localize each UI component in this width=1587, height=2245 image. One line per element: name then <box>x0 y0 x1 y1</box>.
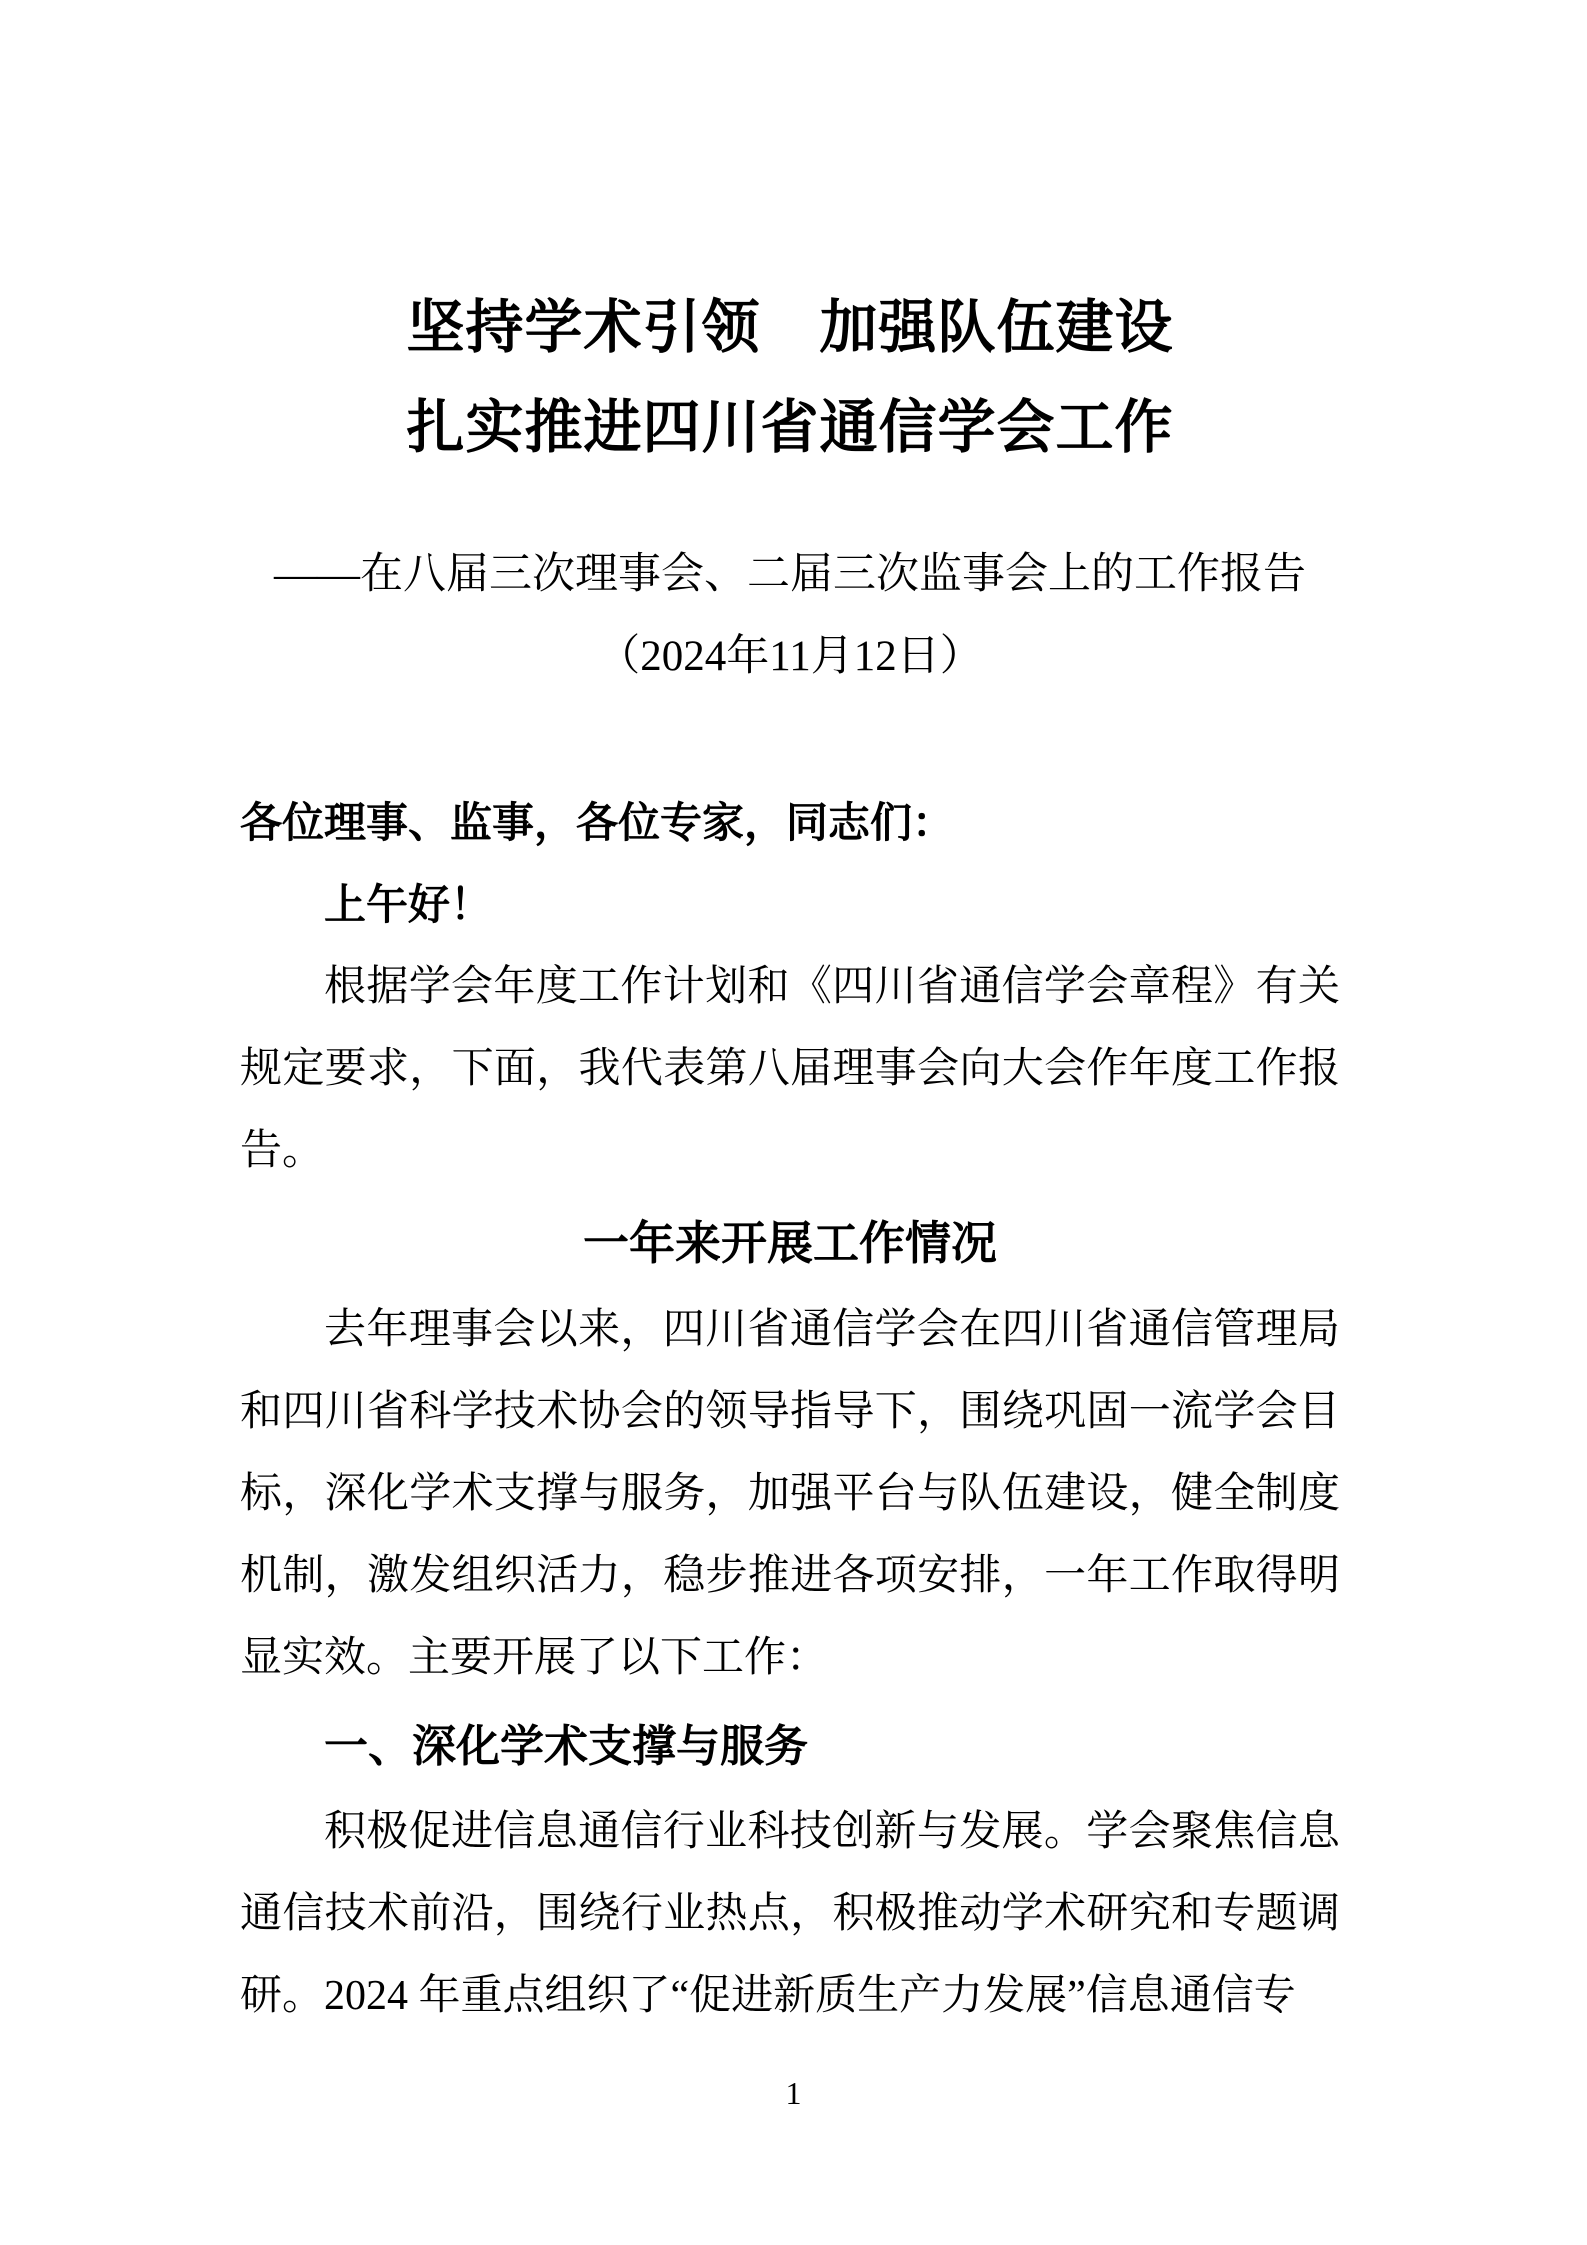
document-title-line-1: 坚持学术引领 加强队伍建设 <box>240 278 1340 378</box>
document-body: 各位理事、监事，各位专家，同志们： 上午好！ 根据学会年度工作计划和《四川省通信… <box>240 782 1340 2037</box>
subsection-paragraph: 积极促进信息通信行业科技创新与发展。学会聚焦信息通信技术前沿，围绕行业热点，积极… <box>240 1791 1340 2037</box>
page-number: 1 <box>0 2072 1587 2114</box>
intro-paragraph: 根据学会年度工作计划和《四川省通信学会章程》有关规定要求，下面，我代表第八届理事… <box>240 946 1340 1192</box>
salutation-line: 各位理事、监事，各位专家，同志们： <box>240 782 1340 864</box>
document-date-line: （2024年11月12日） <box>240 616 1340 698</box>
document-subtitle: ——在八届三次理事会、二届三次监事会上的工作报告 <box>240 534 1340 616</box>
document-page: 坚持学术引领 加强队伍建设 扎实推进四川省通信学会工作 ——在八届三次理事会、二… <box>0 0 1587 2245</box>
subsection-heading: 一、深化学术支撑与服务 <box>240 1706 1340 1788</box>
section-heading: 一年来开展工作情况 <box>240 1202 1340 1284</box>
greeting-line: 上午好！ <box>240 864 1340 946</box>
section-intro-paragraph: 去年理事会以来，四川省通信学会在四川省通信管理局和四川省科学技术协会的领导指导下… <box>240 1289 1340 1699</box>
document-title-line-2: 扎实推进四川省通信学会工作 <box>240 378 1340 478</box>
